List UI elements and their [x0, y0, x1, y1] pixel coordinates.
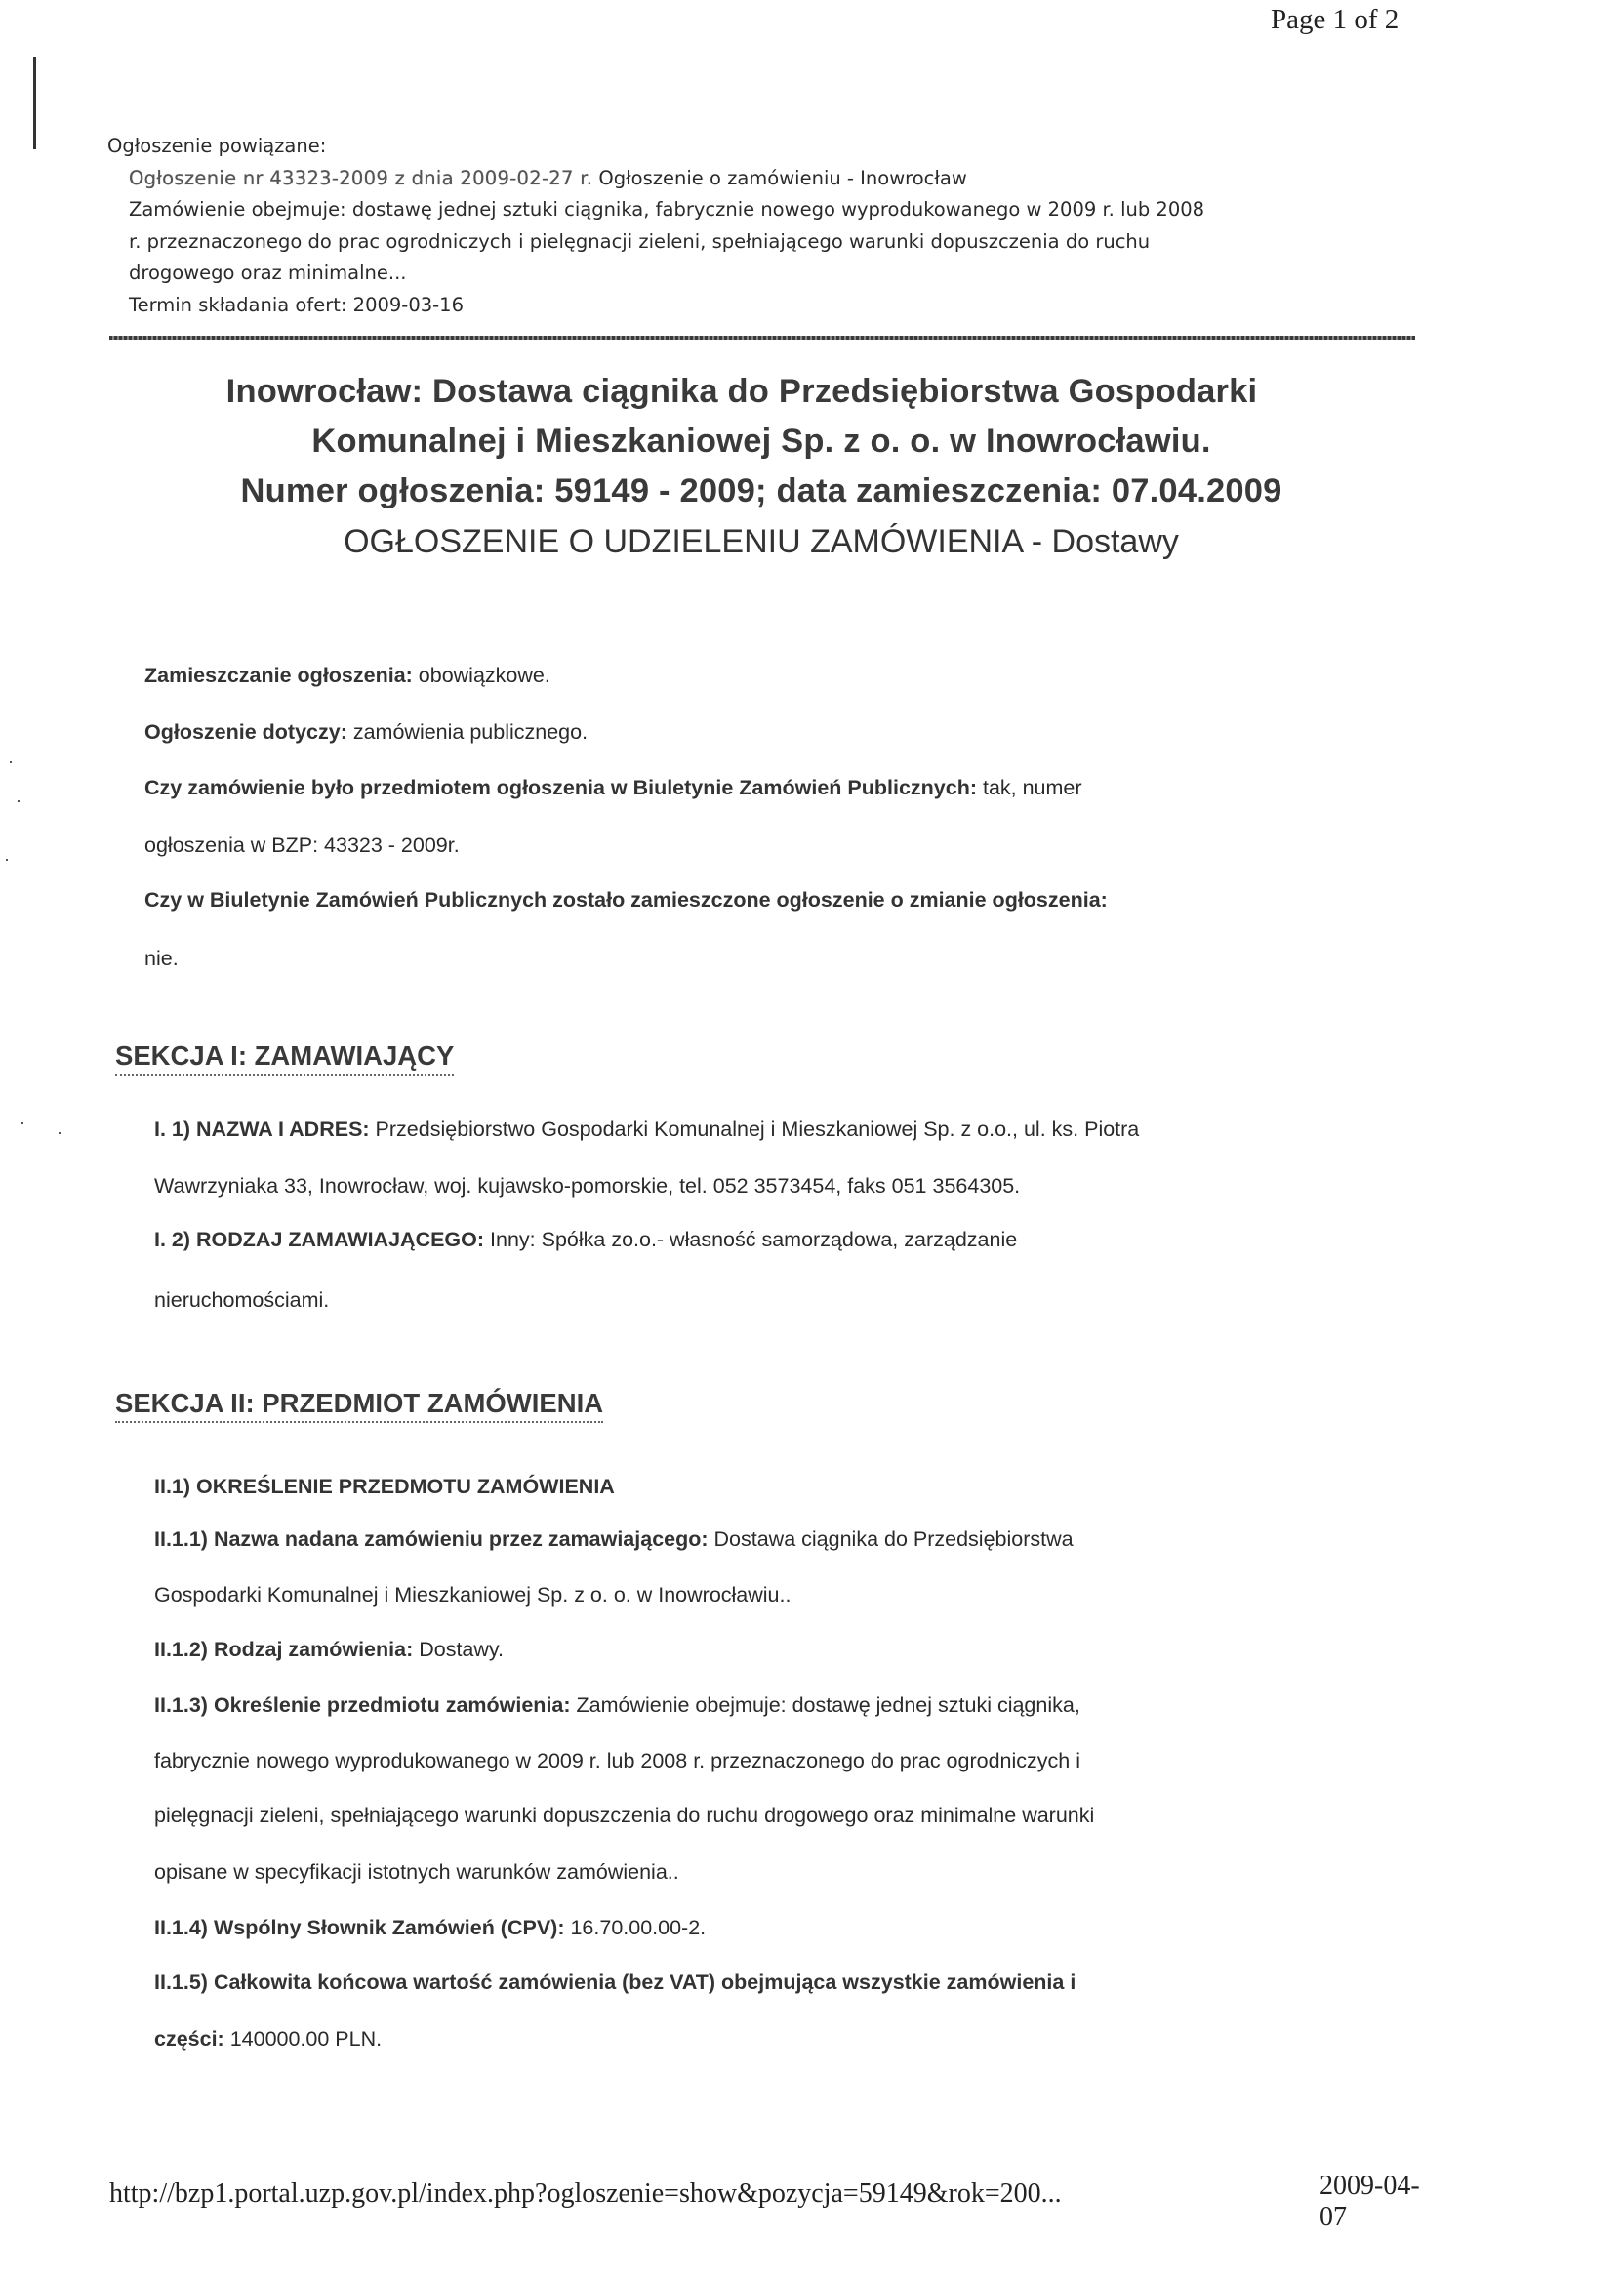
section1-item-cont: nieruchomościami. [154, 1288, 329, 1313]
scan-speckle [59, 1132, 61, 1134]
print-date: 2009-04-07 [1319, 2171, 1446, 2233]
field-value: Zamówienie obejmuje: dostawę jednej sztu… [571, 1693, 1080, 1717]
notice-number-line: Numer ogłoszenia: 59149 - 2009; data zam… [137, 467, 1386, 516]
scan-speckle [6, 859, 8, 861]
field-label: II.1.3) Określenie przedmiotu zamówienia… [154, 1693, 571, 1717]
intro-row: Ogłoszenie dotyczy: zamówienia publiczne… [144, 720, 588, 745]
field-label: Zamieszczanie ogłoszenia: [144, 664, 413, 687]
related-notice-link[interactable]: Ogłoszenie nr 43323-2009 z dnia 2009-02-… [129, 167, 592, 189]
section1-item: I. 2) RODZAJ ZAMAWIAJĄCEGO: Inny: Spółka… [154, 1228, 1017, 1252]
title-line: Komunalnej i Mieszkaniowej Sp. z o. o. w… [137, 417, 1386, 467]
section2-item-cont: fabrycznie nowego wyprodukowanego w 2009… [154, 1749, 1080, 1773]
field-value: 16.70.00.00-2. [565, 1916, 707, 1939]
section-heading: SEKCJA II: PRZEDMIOT ZAMÓWIENIA [115, 1388, 603, 1423]
section-heading: SEKCJA I: ZAMAWIAJĄCY [115, 1040, 454, 1076]
section2-item: II.1.5) Całkowita końcowa wartość zamówi… [154, 1971, 1076, 1995]
scan-speckle [21, 1122, 23, 1124]
field-value: obowiązkowe. [413, 664, 550, 687]
field-value: Dostawa ciągnika do Przedsiębiorstwa [709, 1527, 1074, 1551]
field-label: I. 2) RODZAJ ZAMAWIAJĄCEGO: [154, 1228, 484, 1251]
related-summary-line: drogowego oraz minimalne... [107, 258, 1435, 290]
field-label: Czy zamówienie było przedmiotem ogłoszen… [144, 776, 977, 799]
field-label: I. 1) NAZWA I ADRES: [154, 1118, 370, 1141]
contract-value: 140000.00 PLN. [224, 2027, 382, 2051]
notice-subtitle: OGŁOSZENIE O UDZIELENIU ZAMÓWIENIA - Dos… [137, 518, 1386, 565]
scan-artifact-mark [33, 57, 36, 149]
field-label: II.1.1) Nazwa nadana zamówieniu przez za… [154, 1527, 709, 1551]
section1-item: I. 1) NAZWA I ADRES: Przedsiębiorstwo Go… [154, 1118, 1139, 1142]
field-label: części: [154, 2027, 224, 2051]
section2-item: II.1.1) Nazwa nadana zamówieniu przez za… [154, 1527, 1074, 1552]
related-notice: Ogłoszenie powiązane: Ogłoszenie nr 4332… [107, 131, 1435, 321]
scan-speckle [10, 761, 12, 763]
intro-row: Zamieszczanie ogłoszenia: obowiązkowe. [144, 664, 550, 688]
field-value: Dostawy. [413, 1638, 504, 1661]
section2-item-cont: części: 140000.00 PLN. [154, 2027, 382, 2052]
title-line: Inowrocław: Dostawa ciągnika do Przedsię… [98, 367, 1386, 417]
field-label: II.1.5) Całkowita końcowa wartość zamówi… [154, 1971, 1076, 1994]
field-value: tak, numer [977, 776, 1082, 799]
intro-row: Czy w Biuletynie Zamówień Publicznych zo… [144, 888, 1108, 913]
related-label: Ogłoszenie powiązane: [107, 131, 1435, 163]
related-notice-type: Ogłoszenie o zamówieniu - Inowrocław [592, 167, 967, 189]
section2-item-cont: pielęgnacji zieleni, spełniającego warun… [154, 1804, 1094, 1828]
intro-row-cont: ogłoszenia w BZP: 43323 - 2009r. [144, 834, 460, 858]
field-value: zamówienia publicznego. [347, 720, 588, 744]
page-number: Page 1 of 2 [1271, 4, 1399, 36]
section1-item-cont: Wawrzyniaka 33, Inowrocław, woj. kujawsk… [154, 1174, 1020, 1199]
field-label: Ogłoszenie dotyczy: [144, 720, 347, 744]
field-label: Czy w Biuletynie Zamówień Publicznych zo… [144, 888, 1108, 912]
field-label: II.1.2) Rodzaj zamówienia: [154, 1638, 413, 1661]
horizontal-separator [109, 336, 1415, 340]
intro-row: Czy zamówienie było przedmiotem ogłoszen… [144, 776, 1082, 800]
related-summary-line: r. przeznaczonego do prac ogrodniczych i… [107, 226, 1435, 259]
section2-item: II.1.3) Określenie przedmiotu zamówienia… [154, 1693, 1080, 1718]
field-value: Przedsiębiorstwo Gospodarki Komunalnej i… [370, 1118, 1140, 1141]
intro-row-cont: nie. [144, 947, 179, 971]
section2-item: II.1.2) Rodzaj zamówienia: Dostawy. [154, 1638, 504, 1662]
field-value: Inny: Spółka zo.o.- własność samorządowa… [484, 1228, 1017, 1251]
section2-item-cont: Gospodarki Komunalnej i Mieszkaniowej Sp… [154, 1583, 791, 1607]
scan-speckle [18, 800, 20, 802]
field-label: II.1.4) Wspólny Słownik Zamówień (CPV): [154, 1916, 565, 1939]
related-summary-line: Zamówienie obejmuje: dostawę jednej sztu… [107, 194, 1435, 226]
section2-item-cont: opisane w specyfikacji istotnych warunkó… [154, 1860, 679, 1885]
notice-title: Inowrocław: Dostawa ciągnika do Przedsię… [137, 367, 1386, 565]
section2-item: II.1.4) Wspólny Słownik Zamówień (CPV): … [154, 1916, 706, 1940]
subsection-heading: II.1) OKREŚLENIE PRZEDMOTU ZAMÓWIENIA [154, 1475, 615, 1499]
source-url: http://bzp1.portal.uzp.gov.pl/index.php?… [109, 2178, 1062, 2210]
related-deadline: Termin składania ofert: 2009-03-16 [107, 290, 1435, 322]
